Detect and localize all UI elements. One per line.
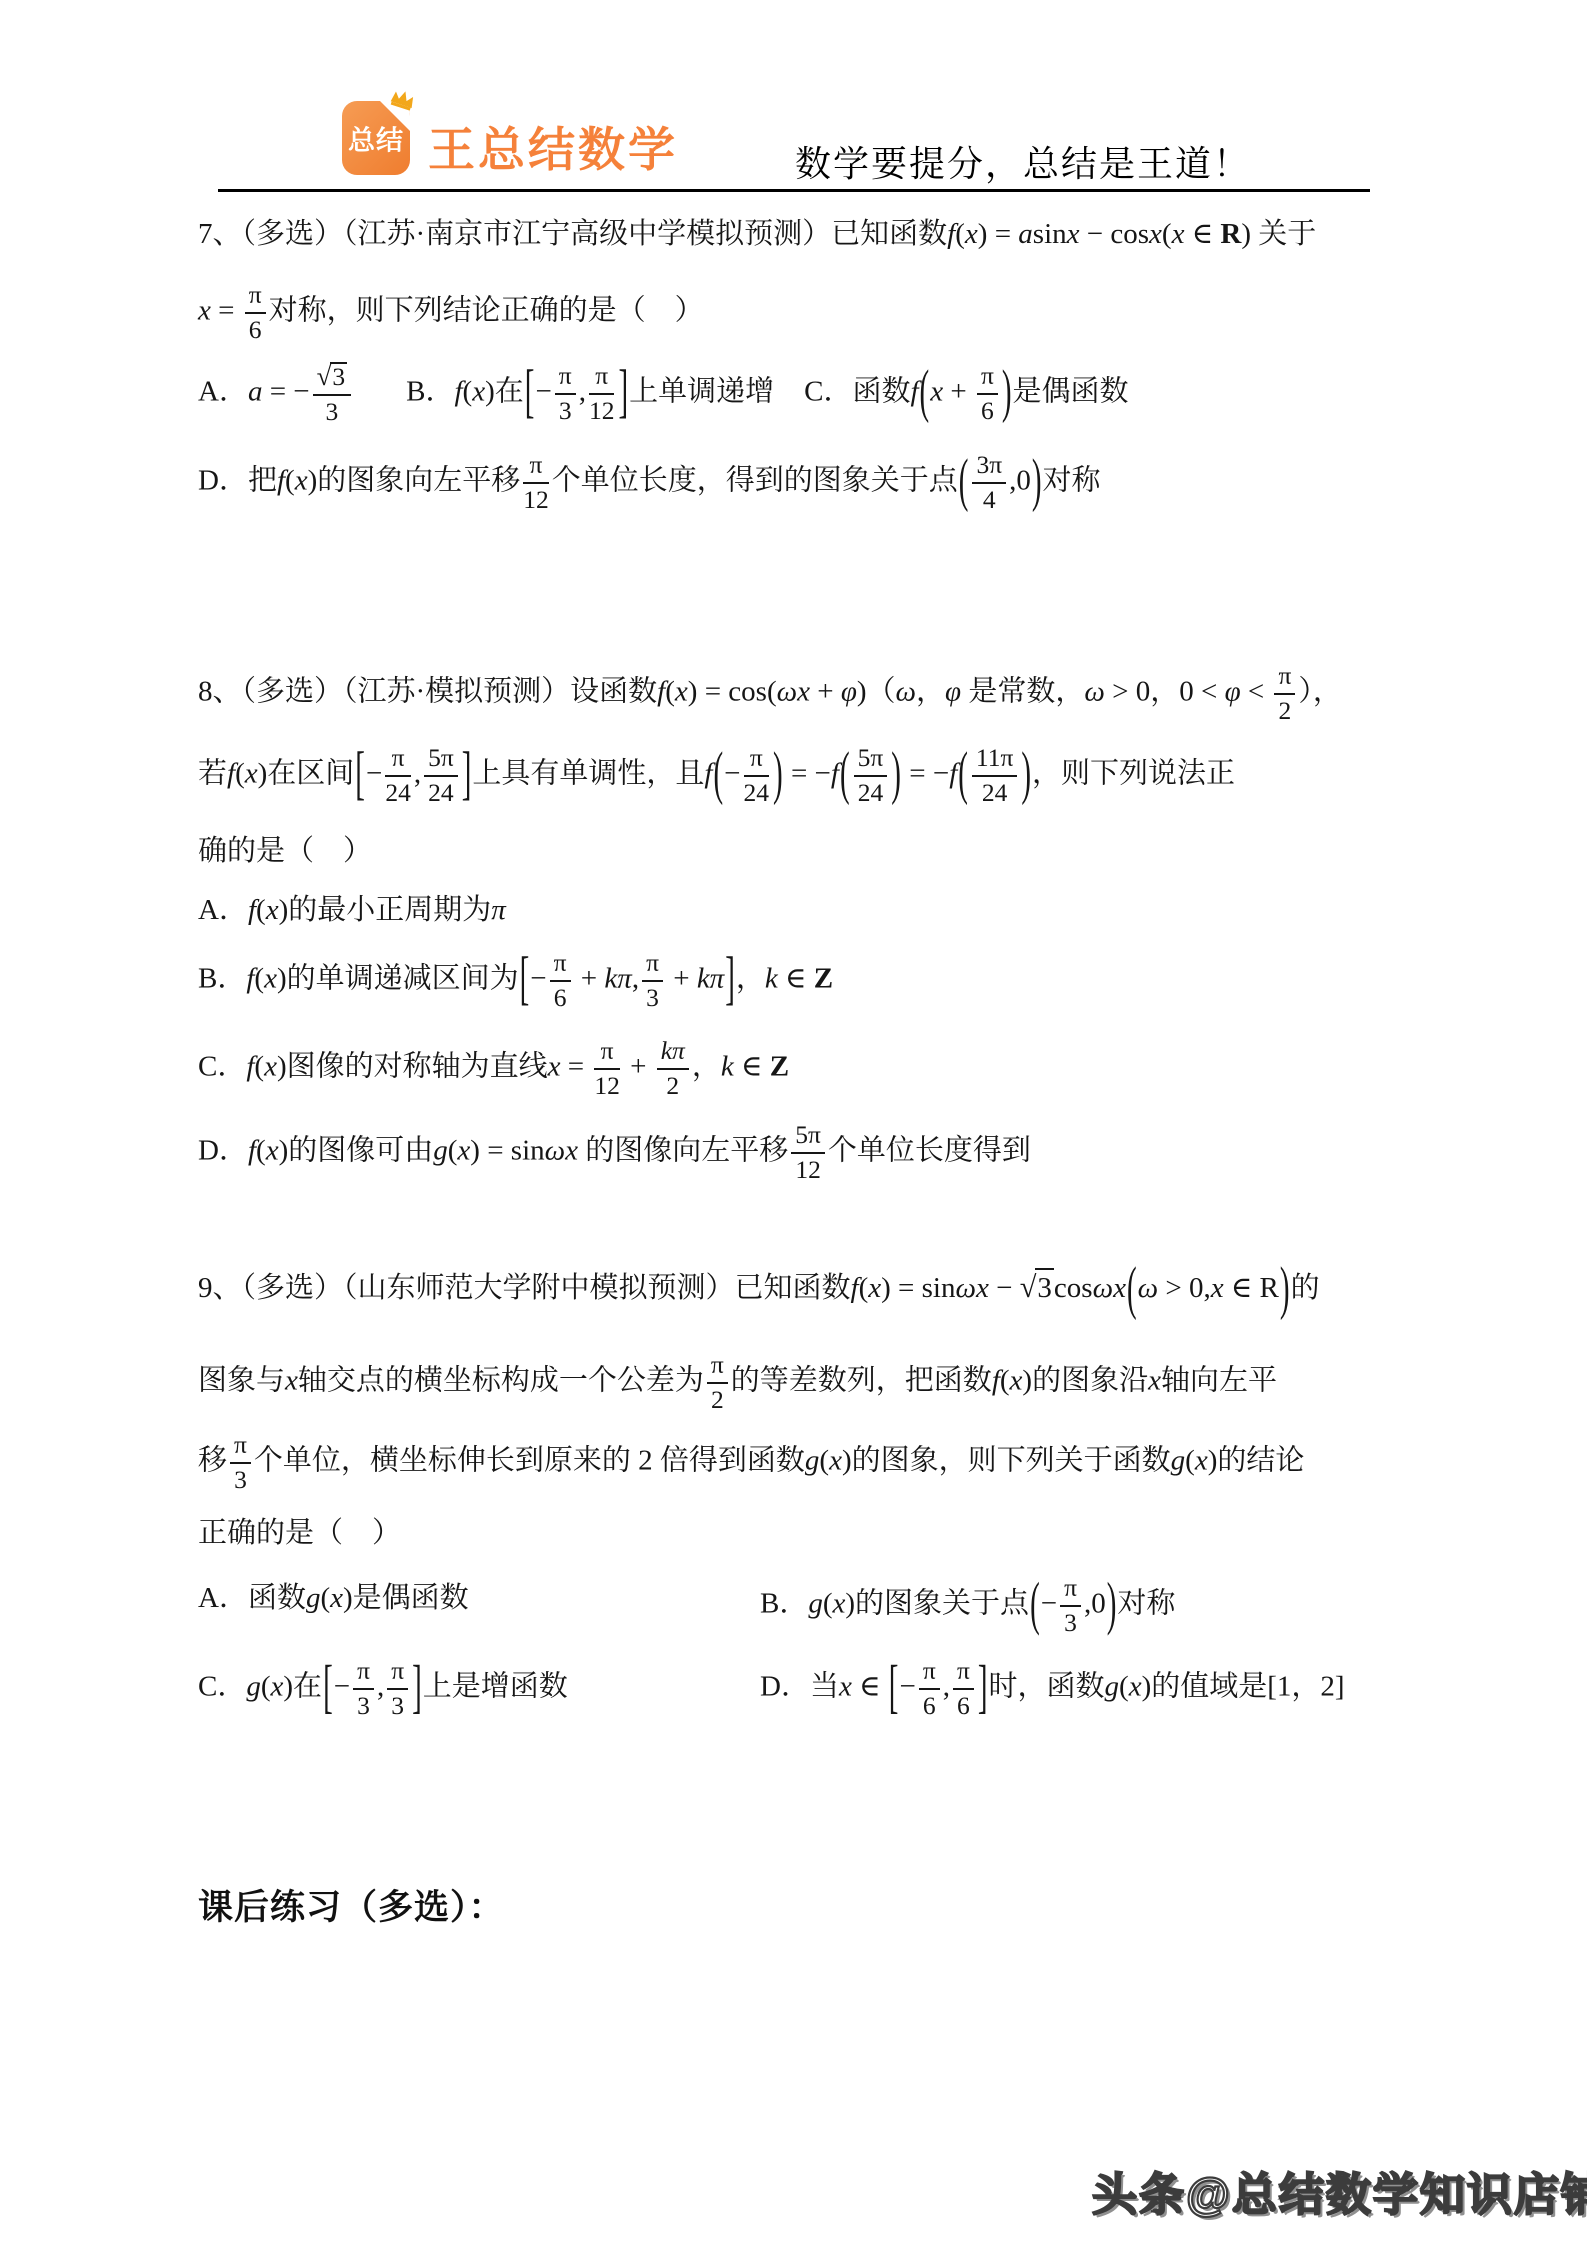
- math-tx: (: [235, 757, 245, 789]
- math-tx: (: [463, 375, 473, 407]
- q7-option-d: D．把f(x)的图象向左平移π12个单位长度，得到的图象关于点(3π4,0)对称: [198, 452, 1101, 514]
- math-fraction: π24: [385, 745, 411, 807]
- math-tx: +: [666, 962, 697, 994]
- math-it: ω: [896, 675, 916, 707]
- math-tx: (: [448, 1134, 458, 1166]
- q8-line2: 若f(x)在区间[−π24,5π24]上具有单调性，且f(−π24) = −f(…: [198, 745, 1235, 807]
- math-tx: ) 关于: [1241, 218, 1316, 250]
- math-tx: 时，函数: [989, 1670, 1105, 1702]
- math-big-bracket: [: [519, 942, 531, 1019]
- math-tx: (: [1000, 1364, 1010, 1396]
- math-numerator: π: [594, 1038, 620, 1070]
- q9-option-c: C．g(x)在[−π3,π3]上是增函数: [198, 1658, 760, 1720]
- math-tx: ) =: [978, 218, 1019, 250]
- math-bf: Z: [770, 1050, 789, 1082]
- math-it: x: [295, 464, 308, 496]
- math-it: f: [227, 757, 235, 789]
- math-tx: C．: [198, 1670, 246, 1702]
- math-it: x: [1148, 1364, 1161, 1396]
- math-numerator: π: [744, 745, 770, 777]
- math-big-bracket: ): [1279, 1252, 1291, 1329]
- q9-line2: 图象与x轴交点的横坐标构成一个公差为π2的等差数列，把函数f(x)的图象沿x轴向…: [198, 1352, 1277, 1414]
- math-numerator: π: [1274, 663, 1295, 695]
- math-tx: = −: [902, 757, 949, 789]
- math-tx: ) = cos(: [688, 675, 777, 707]
- math-big-bracket: ): [772, 737, 784, 814]
- math-big-bracket: ): [1020, 737, 1032, 814]
- math-it: f: [910, 375, 918, 407]
- math-it: k: [765, 962, 778, 994]
- math-denominator: 24: [744, 777, 770, 807]
- math-denominator: 3: [1060, 1607, 1081, 1637]
- math-bf: R: [1220, 218, 1241, 250]
- math-big-bracket: ): [890, 737, 902, 814]
- math-numerator: 5π: [424, 745, 458, 777]
- math-tx: 的等差数列，把函数: [731, 1364, 992, 1396]
- math-denominator: 12: [523, 484, 549, 514]
- math-tx: 是偶函数: [1013, 375, 1129, 407]
- math-numerator: π: [353, 1658, 374, 1690]
- math-it: x: [245, 757, 258, 789]
- math-it: x: [1010, 1364, 1023, 1396]
- math-it: x: [271, 1670, 284, 1702]
- math-it: x: [472, 375, 485, 407]
- math-fraction: π6: [977, 363, 998, 425]
- math-tx: 是常数，: [961, 675, 1084, 707]
- math-it: ω: [1138, 1272, 1158, 1304]
- math-denominator: 6: [919, 1690, 940, 1720]
- math-tx: sin: [1033, 218, 1067, 250]
- math-big-bracket: (: [957, 737, 969, 814]
- math-bf: Z: [814, 962, 833, 994]
- watermark-text: 头条@总结数学知识店铺: [1092, 2158, 1587, 2223]
- math-big-bracket: ]: [977, 1655, 989, 1723]
- math-tx: ) = sin: [470, 1134, 544, 1166]
- math-denominator: 4: [972, 484, 1006, 514]
- math-tx: A．函数: [198, 1582, 306, 1614]
- brand-tagline: 数学要提分，总结是王道！: [795, 136, 1251, 187]
- math-it: φ: [841, 675, 857, 707]
- math-it: f: [949, 757, 957, 789]
- math-tx: A．: [198, 375, 248, 407]
- math-tx: =: [211, 294, 242, 326]
- math-tx: 上具有单调性，且: [472, 757, 704, 789]
- math-tx: > 0,: [1158, 1272, 1211, 1304]
- math-fraction: 5π24: [854, 745, 888, 807]
- math-fraction: √33: [313, 362, 351, 426]
- math-it: φ: [945, 675, 961, 707]
- math-tx: ,: [414, 757, 421, 789]
- math-rad: √: [317, 361, 332, 391]
- math-tx: ，则下列说法正: [1032, 757, 1235, 789]
- q9-options-row-ab: A．函数g(x)是偶函数 B．g(x)的图象关于点(−π3,0)对称: [198, 1575, 1175, 1637]
- math-it: x: [330, 1582, 343, 1614]
- math-tx: ，: [736, 962, 765, 994]
- math-numerator: √3: [313, 362, 351, 396]
- math-fraction: π3: [555, 363, 576, 425]
- math-fraction: π12: [589, 363, 615, 425]
- math-numerator: π: [555, 363, 576, 395]
- q9-option-d: D．当x ∈ [−π6,π6]时，函数g(x)的值域是[1，2]: [760, 1658, 1345, 1720]
- q7-line1: 7、（多选）（江苏·南京市江宁高级中学模拟预测）已知函数f(x) = asinx…: [198, 216, 1316, 254]
- math-tx: 9、（多选）（山东师范大学附中模拟预测）已知函数: [198, 1272, 851, 1304]
- math-numerator: π: [230, 1432, 251, 1464]
- math-fraction: π3: [353, 1658, 374, 1720]
- math-denominator: 6: [953, 1690, 974, 1720]
- math-tx: )的图象向左平移: [308, 464, 521, 496]
- math-it: x: [1129, 1670, 1142, 1702]
- math-tx: A．: [198, 894, 248, 926]
- math-it: x: [829, 1444, 842, 1476]
- logo-badge-text: 总结: [342, 119, 410, 158]
- math-big-bracket: ): [1031, 444, 1043, 521]
- math-denominator: 2: [657, 1070, 689, 1100]
- math-fraction: 11π24: [972, 745, 1017, 807]
- math-fraction: 5π24: [424, 745, 458, 807]
- math-denominator: 12: [791, 1154, 825, 1184]
- math-tx: D．把: [198, 464, 277, 496]
- math-fraction: π3: [642, 950, 663, 1012]
- math-numerator: π: [919, 1658, 940, 1690]
- math-numerator: kπ: [657, 1038, 689, 1070]
- math-tx: 对称，则下列结论正确的是（ ）: [269, 294, 704, 326]
- math-denominator: 24: [854, 777, 888, 807]
- math-big-bracket: (: [712, 737, 724, 814]
- math-it: a: [1018, 218, 1033, 250]
- math-it: x: [833, 1587, 846, 1619]
- math-fraction: π12: [523, 452, 549, 514]
- math-fraction: π6: [550, 950, 571, 1012]
- math-tx: (: [256, 894, 266, 926]
- math-it: a: [248, 375, 263, 407]
- math-it: g: [1171, 1444, 1186, 1476]
- math-it: f: [992, 1364, 1000, 1396]
- math-tx: +: [574, 962, 605, 994]
- math-big-bracket: (: [839, 737, 851, 814]
- math-tx: (: [665, 675, 675, 707]
- math-fraction: π3: [230, 1432, 251, 1494]
- math-it: f: [248, 1134, 256, 1166]
- math-tx: 个单位长度得到: [828, 1134, 1031, 1166]
- math-denominator: 24: [972, 777, 1017, 807]
- math-big-bracket: ]: [411, 1655, 423, 1723]
- math-tx: )在: [485, 375, 524, 407]
- math-denominator: 6: [550, 982, 571, 1012]
- math-tx: )在区间: [258, 757, 355, 789]
- math-it: f: [831, 757, 839, 789]
- math-big-bracket: [: [322, 1655, 334, 1723]
- math-numerator: 11π: [972, 745, 1017, 777]
- math-tx: −: [366, 757, 382, 789]
- math-tx: 正确的是（ ）: [198, 1517, 401, 1549]
- math-tx: 8、（多选）（江苏·模拟预测）设函数: [198, 675, 657, 707]
- q7-options-abc: A．a = −√33B．f(x)在[−π3,π12]上单调递增C．函数f(x +…: [198, 362, 1129, 426]
- math-it: f: [704, 757, 712, 789]
- math-it: ωx: [545, 1134, 578, 1166]
- header-divider: [218, 189, 1370, 192]
- math-big-bracket: [: [888, 1655, 900, 1723]
- math-it: g: [246, 1670, 261, 1702]
- math-it: x: [264, 1050, 277, 1082]
- math-tx: )的结论: [1208, 1444, 1305, 1476]
- math-big-bracket: ]: [461, 737, 473, 814]
- math-tx: (: [256, 1134, 266, 1166]
- math-tx: −: [989, 1272, 1020, 1304]
- math-it: x: [457, 1134, 470, 1166]
- math-fraction: 3π4: [972, 452, 1006, 514]
- math-tx: )的单调递减区间为: [277, 962, 519, 994]
- math-numerator: π: [385, 745, 411, 777]
- math-it: x: [266, 1134, 279, 1166]
- math-tx: 上单调递增: [629, 375, 774, 407]
- math-tx: 的图像向左平移: [578, 1134, 788, 1166]
- math-denominator: 2: [1274, 695, 1295, 725]
- math-it: ωx: [777, 675, 810, 707]
- math-tx: ,: [377, 1670, 384, 1702]
- math-tx: <: [1241, 675, 1272, 707]
- math-tx: 个单位，横坐标伸长到原来的 2 倍得到函数: [254, 1444, 805, 1476]
- brand-title: 王总结数学: [428, 113, 678, 180]
- math-it: kπ: [697, 962, 724, 994]
- math-tx: +: [810, 675, 841, 707]
- math-tx: 对称: [1043, 464, 1101, 496]
- math-tx: C．: [198, 1050, 246, 1082]
- math-big-bracket: (: [958, 444, 970, 521]
- math-tx: (: [320, 1582, 330, 1614]
- math-tx: ∈ R: [1224, 1272, 1279, 1304]
- math-it: f: [454, 375, 462, 407]
- math-tx: 确的是（ ）: [198, 835, 372, 867]
- math-numerator: π: [953, 1658, 974, 1690]
- math-it: x: [868, 1272, 881, 1304]
- math-tx: 对称: [1117, 1587, 1175, 1619]
- math-numerator: π: [977, 363, 998, 395]
- math-tx: = −: [784, 757, 831, 789]
- math-tx: (: [254, 962, 264, 994]
- q9-option-b: B．g(x)的图象关于点(−π3,0)对称: [760, 1575, 1175, 1637]
- q8-line3: 确的是（ ）: [198, 833, 372, 871]
- math-tx: −: [724, 757, 740, 789]
- math-tx: )（: [857, 675, 896, 707]
- math-radical: √3: [1020, 1268, 1054, 1308]
- math-big-bracket: (: [919, 355, 931, 432]
- practice-heading: 课后练习（多选）：: [198, 1880, 505, 1930]
- math-tx: ,: [579, 375, 586, 407]
- math-tx: 轴交点的横坐标构成一个公差为: [298, 1364, 704, 1396]
- math-it: kπ: [604, 962, 631, 994]
- math-it: g: [1105, 1670, 1120, 1702]
- math-tx: ,: [632, 962, 639, 994]
- math-denominator: 2: [707, 1384, 728, 1414]
- math-it: f: [248, 894, 256, 926]
- math-it: x: [675, 675, 688, 707]
- math-tx: B．: [760, 1587, 808, 1619]
- math-big-bracket: (: [1126, 1252, 1138, 1329]
- math-it: g: [433, 1134, 448, 1166]
- math-big-bracket: (: [1029, 1572, 1041, 1640]
- math-it: φ: [1225, 675, 1241, 707]
- math-tx: 移: [198, 1444, 227, 1476]
- math-tx: )在: [283, 1670, 322, 1702]
- math-tx: ，: [916, 675, 945, 707]
- math-it: x: [266, 894, 279, 926]
- math-big-bracket: [: [354, 737, 366, 814]
- logo-badge: 总结: [342, 101, 410, 175]
- math-tx: )的最小正周期为: [279, 894, 492, 926]
- math-it: f: [851, 1272, 859, 1304]
- math-tx: (: [285, 464, 295, 496]
- math-it: x: [1149, 218, 1162, 250]
- math-radical: √3: [317, 362, 347, 391]
- math-rad: √: [1020, 1270, 1037, 1304]
- math-tx: (: [1119, 1670, 1129, 1702]
- math-tx: cos: [1054, 1272, 1093, 1304]
- math-it: x: [965, 218, 978, 250]
- math-fraction: 5π12: [791, 1122, 825, 1184]
- math-denominator: 6: [977, 395, 998, 425]
- q9-option-a: A．函数g(x)是偶函数: [198, 1575, 760, 1637]
- math-it: g: [805, 1444, 820, 1476]
- math-numerator: π: [707, 1352, 728, 1384]
- math-numerator: 5π: [791, 1122, 825, 1154]
- math-tx: )是偶函数: [343, 1582, 469, 1614]
- math-tx: −: [899, 1670, 915, 1702]
- math-fraction: π3: [1060, 1575, 1081, 1637]
- math-tx: ∈: [852, 1670, 888, 1702]
- math-denominator: 3: [555, 395, 576, 425]
- math-tx: ) = sin: [881, 1272, 955, 1304]
- math-it: x: [839, 1670, 852, 1702]
- math-it: k: [721, 1050, 734, 1082]
- math-tx: (: [254, 1050, 264, 1082]
- math-numerator: π: [1060, 1575, 1081, 1607]
- math-big-bracket: ]: [617, 355, 629, 432]
- math-tx: )图像的对称轴为直线: [277, 1050, 548, 1082]
- math-fraction: kπ2: [657, 1038, 689, 1100]
- math-tx: 上是增函数: [423, 1670, 568, 1702]
- math-fraction: π2: [707, 1352, 728, 1414]
- math-numerator: π: [642, 950, 663, 982]
- math-it: x: [1211, 1272, 1224, 1304]
- math-denominator: 12: [589, 395, 615, 425]
- math-tx: )的图象，则下列关于函数: [842, 1444, 1171, 1476]
- math-denominator: 12: [594, 1070, 620, 1100]
- math-numerator: π: [589, 363, 615, 395]
- math-it: x: [1172, 218, 1185, 250]
- worksheet-page: 总结 王总结数学 数学要提分，总结是王道！ 7、（多选）（江苏·南京市江宁高级中…: [0, 0, 1587, 2245]
- q9-line3: 移π3个单位，横坐标伸长到原来的 2 倍得到函数g(x)的图象，则下列关于函数g…: [198, 1432, 1304, 1494]
- math-it: ω: [1084, 675, 1104, 707]
- math-tx: > 0，0 <: [1105, 675, 1225, 707]
- q8-option-c: C．f(x)图像的对称轴为直线x = π12 + kπ2，k ∈ Z: [198, 1038, 789, 1100]
- math-numerator: π: [550, 950, 571, 982]
- math-tx: ∈: [734, 1050, 770, 1082]
- math-tx: (: [261, 1670, 271, 1702]
- math-tx: ，: [692, 1050, 721, 1082]
- math-denominator: 24: [385, 777, 411, 807]
- math-tx: 若: [198, 757, 227, 789]
- math-tx: (: [819, 1444, 829, 1476]
- math-tx: D．当: [760, 1670, 839, 1702]
- math-tx: ,0: [1009, 464, 1031, 496]
- math-denominator: 3: [230, 1464, 251, 1494]
- math-rv: 3: [330, 362, 347, 391]
- math-tx: )的图像可由: [279, 1134, 434, 1166]
- math-tx: 图象与: [198, 1364, 285, 1396]
- math-tx: (: [1185, 1444, 1195, 1476]
- math-it: x: [548, 1050, 561, 1082]
- q9-options-row-cd: C．g(x)在[−π3,π3]上是增函数 D．当x ∈ [−π6,π6]时，函数…: [198, 1658, 1345, 1720]
- math-tx: −: [535, 375, 551, 407]
- math-fraction: π2: [1274, 663, 1295, 725]
- q9-line4: 正确的是（ ）: [198, 1515, 401, 1553]
- q9-line1: 9、（多选）（山东师范大学附中模拟预测）已知函数f(x) = sinωx − √…: [198, 1268, 1320, 1309]
- math-tx: C．函数: [804, 375, 910, 407]
- math-tx: ,0: [1084, 1587, 1106, 1619]
- math-tx: =: [561, 1050, 592, 1082]
- math-big-bracket: [: [524, 355, 536, 432]
- math-big-bracket: ): [1106, 1572, 1118, 1640]
- math-fraction: π6: [245, 282, 266, 344]
- math-denominator: 3: [313, 396, 351, 426]
- math-tx: ∈: [778, 962, 814, 994]
- math-it: x: [1067, 218, 1080, 250]
- math-tx: (: [859, 1272, 869, 1304]
- math-fraction: π3: [387, 1658, 408, 1720]
- math-tx: ∈: [1184, 218, 1220, 250]
- math-tx: )的值域是[1，2]: [1142, 1670, 1345, 1702]
- math-numerator: 3π: [972, 452, 1006, 484]
- math-fraction: π12: [594, 1038, 620, 1100]
- math-tx: ,: [943, 1670, 950, 1702]
- math-tx: )的图象沿: [1022, 1364, 1148, 1396]
- math-tx: −: [530, 962, 546, 994]
- math-tx: (: [823, 1587, 833, 1619]
- math-it: x: [1195, 1444, 1208, 1476]
- math-it: x: [198, 294, 211, 326]
- math-big-bracket: ]: [724, 942, 736, 1019]
- math-numerator: π: [245, 282, 266, 314]
- math-tx: −: [334, 1670, 350, 1702]
- math-rv: 3: [1035, 1268, 1054, 1308]
- math-fraction: π24: [744, 745, 770, 807]
- math-numerator: π: [387, 1658, 408, 1690]
- math-denominator: 3: [642, 982, 663, 1012]
- q8-line1: 8、（多选）（江苏·模拟预测）设函数f(x) = cos(ωx + φ)（ω，φ…: [198, 663, 1342, 725]
- math-it: x: [930, 375, 943, 407]
- math-fraction: π6: [953, 1658, 974, 1720]
- math-tx: 7、（多选）（江苏·南京市江宁高级中学模拟预测）已知函数: [198, 218, 947, 250]
- math-tx: (: [955, 218, 965, 250]
- q8-option-a: A．f(x)的最小正周期为π: [198, 892, 506, 930]
- math-tx: +: [943, 375, 974, 407]
- q7-line2: x = π6对称，则下列结论正确的是（ ）: [198, 282, 704, 344]
- math-it: x: [264, 962, 277, 994]
- math-denominator: 24: [424, 777, 458, 807]
- math-it: ωx: [955, 1272, 988, 1304]
- math-fraction: π6: [919, 1658, 940, 1720]
- math-tx: )的图象关于点: [845, 1587, 1029, 1619]
- math-tx: 的: [1291, 1272, 1320, 1304]
- math-tx: 轴向左平: [1161, 1364, 1277, 1396]
- math-tx: B．: [406, 375, 454, 407]
- math-tx: (: [1162, 218, 1172, 250]
- math-big-bracket: ): [1001, 355, 1013, 432]
- math-tx: = −: [262, 375, 309, 407]
- math-tx: ），: [1298, 675, 1342, 707]
- math-tx: − cos: [1080, 218, 1150, 250]
- math-tx: +: [623, 1050, 654, 1082]
